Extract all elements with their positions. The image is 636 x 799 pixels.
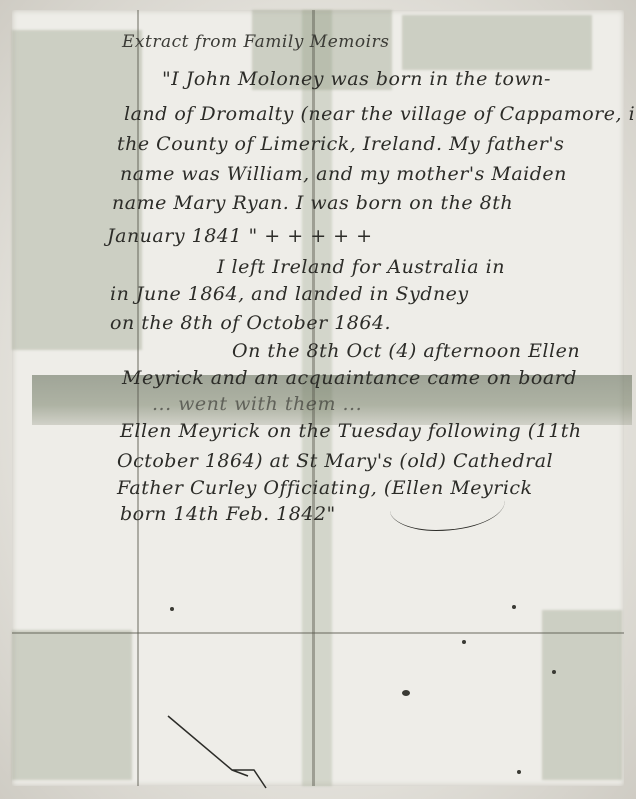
letter-line-13: Ellen Meyrick on the Tuesday following (… — [120, 420, 582, 442]
letter-line-3: the County of Limerick, Ireland. My fath… — [117, 133, 564, 155]
letter-line-11: Meyrick and an acquaintance came on boar… — [122, 367, 577, 389]
stain-left-bottom — [12, 630, 132, 780]
letter-line-8: in June 1864, and landed in Sydney — [110, 283, 469, 305]
letter-line-9: on the 8th of October 1864. — [110, 312, 391, 334]
fold-left — [137, 10, 139, 786]
flourish-stroke — [390, 480, 505, 531]
ink-speck — [462, 640, 466, 644]
ink-speck — [512, 605, 516, 609]
ink-speck — [402, 690, 410, 696]
letter-line-1: "I John Moloney was born in the town- — [162, 68, 551, 90]
ink-speck — [552, 670, 556, 674]
ink-speck — [170, 607, 174, 611]
letter-line-2: land of Dromalty (near the village of Ca… — [124, 103, 636, 125]
letter-line-12: ... went with them ... — [152, 393, 362, 415]
ink-speck — [517, 770, 521, 774]
letter-line-10: On the 8th Oct (4) afternoon Ellen — [232, 340, 580, 362]
letter-line-7: I left Ireland for Australia in — [217, 256, 505, 278]
letter-line-6: January 1841 " + + + + + — [107, 225, 373, 247]
fold-horizontal — [12, 632, 624, 634]
pen-mark — [162, 710, 272, 790]
letter-line-4: name was William, and my mother's Maiden — [120, 163, 567, 185]
letter-paper: Extract from Family Memoirs "I John Molo… — [12, 10, 624, 786]
letter-line-16: born 14th Feb. 1842" — [120, 503, 336, 525]
letter-title: Extract from Family Memoirs — [122, 32, 389, 52]
stain-right-bottom — [542, 610, 622, 780]
letter-line-14: October 1864) at St Mary's (old) Cathedr… — [117, 450, 553, 472]
stain-top-right — [402, 15, 592, 70]
letter-line-5: name Mary Ryan. I was born on the 8th — [112, 192, 513, 214]
